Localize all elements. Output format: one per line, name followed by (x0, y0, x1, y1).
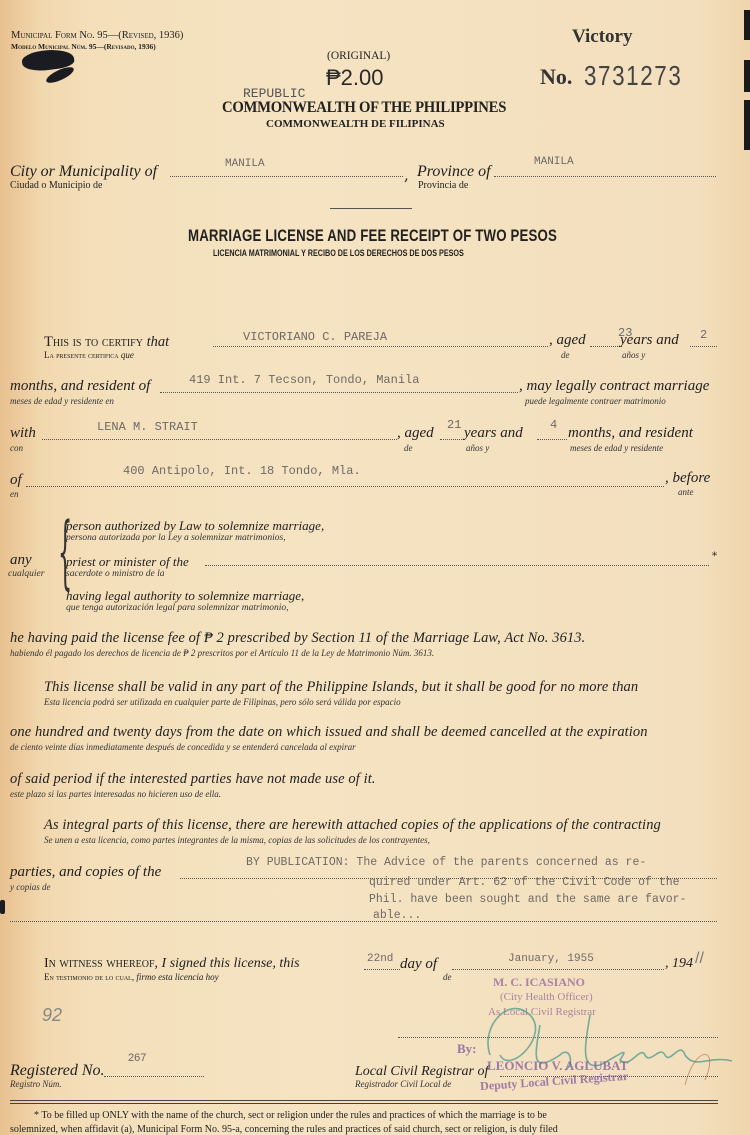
footer-divider (10, 1100, 718, 1101)
groom-address-line (160, 392, 518, 393)
footer-divider (10, 1103, 718, 1104)
age-line (590, 346, 622, 347)
months-resident-label: months, and resident of (10, 378, 150, 395)
province-field-line (494, 176, 716, 177)
local-civil-registrar-label-es: Registrador Civil Local de (355, 1079, 451, 1089)
bride-name[interactable]: LENA M. STRAIT (97, 420, 198, 434)
days-paragraph: one hundred and twenty days from the dat… (10, 724, 648, 741)
option-legal-authority-es: que tenga autorización legal para solemn… (66, 603, 288, 613)
city-label-es: Ciudad o Municipio de (10, 180, 103, 191)
bride-address-line (26, 486, 664, 487)
asterisk: * (712, 551, 717, 562)
document-title: MARRIAGE LICENSE AND FEE RECEIPT OF TWO … (188, 226, 557, 246)
months-resident-es: meses de edad y residente en (10, 396, 114, 406)
witness-label-es: En testimonio de lo cual, firmo esta lic… (44, 972, 219, 982)
groom-name-line (213, 346, 548, 347)
days-paragraph-es: de ciento veinte días inmediatamente des… (10, 742, 356, 752)
period-paragraph-es: este plazo si las partes interesadas no … (10, 789, 221, 799)
bride-years-and-label: years and (464, 425, 523, 442)
registered-no-value[interactable]: 267 (128, 1052, 146, 1064)
divider (330, 208, 412, 209)
groom-name[interactable]: VICTORIANO C. PAREJA (243, 330, 387, 344)
brand-victory: Victory (572, 26, 633, 48)
copies-value-line-1[interactable]: BY PUBLICATION: The Advice of the parent… (246, 856, 646, 869)
witness-month-year[interactable]: January, 1955 (508, 953, 594, 965)
option-authorized-person: person authorized by Law to solemnize ma… (66, 518, 324, 534)
option-priest-es: sacerdote o ministro de la (66, 569, 165, 579)
certify-label-es: La presente certifica que (44, 350, 134, 360)
city-label: City or Municipality of (10, 163, 157, 181)
copies-value-line-3[interactable]: Phil. have been sought and the same are … (369, 893, 686, 906)
contract-es: puede legalmente contraer matrimonio (525, 396, 666, 406)
groom-age-months[interactable]: 2 (700, 328, 707, 342)
copies-label-es: y copias de (10, 882, 51, 892)
comma: , (404, 166, 409, 184)
fee-paragraph-es: habiendo él pagado los derechos de licen… (10, 648, 434, 658)
before-label: , before (665, 470, 710, 487)
day-of-es: de (443, 972, 452, 982)
with-es: con (10, 443, 23, 453)
day-of-label: day of (400, 956, 437, 973)
scan-edge (744, 60, 750, 92)
months-line (690, 346, 717, 347)
serial-number: 3731273 (584, 60, 682, 92)
form-number-es: Modelo Municipal Núm. 95—(Revisado, 1936… (11, 42, 156, 51)
province-label-es: Provincia de (418, 180, 468, 191)
of-es: en (10, 489, 19, 499)
bride-age-line (440, 439, 464, 440)
bride-months-es: meses de edad y residente (570, 443, 663, 453)
bride-age-months[interactable]: 4 (550, 418, 557, 432)
before-es: ante (678, 487, 694, 497)
copies-label: parties, and copies of the (10, 864, 161, 881)
scan-edge (744, 10, 750, 40)
province-label: Province of (417, 163, 491, 181)
period-paragraph: of said period if the interested parties… (10, 771, 376, 788)
government-title: COMMONWEALTH OF THE PHILIPPINES (222, 99, 506, 117)
copy-type: (ORIGINAL) (327, 50, 390, 62)
groom-address[interactable]: 419 Int. 7 Tecson, Tondo, Manila (189, 373, 419, 387)
punch-mark (0, 900, 5, 914)
registered-no-label-es: Registro Núm. (10, 1079, 62, 1089)
aged-label: , aged (549, 332, 586, 349)
option-authorized-person-es: persona autorizada por la Ley a solemniz… (66, 533, 286, 543)
any-es: cualquier (8, 569, 44, 579)
copies-field-line-2 (10, 921, 717, 922)
contract-label: , may legally contract marriage (519, 378, 709, 395)
form-number: Municipal Form No. 95—(Revised, 1936) (11, 30, 183, 41)
bride-months-line (537, 439, 567, 440)
local-civil-registrar-label: Local Civil Registrar of (355, 1064, 488, 1080)
with-label: with (10, 425, 36, 442)
copies-value-line-2[interactable]: quired under Art. 62 of the Civil Code o… (369, 876, 680, 889)
province-value[interactable]: MANILA (534, 156, 574, 168)
fee-paragraph: he having paid the license fee of ₱ 2 pr… (10, 630, 585, 647)
aged-es: de (561, 350, 570, 360)
registered-no-label: Registered No. (10, 1062, 105, 1080)
bride-years-es: años y (466, 443, 489, 453)
day-line (364, 969, 400, 970)
bride-name-line (42, 439, 397, 440)
margin-note: 92 (42, 1005, 62, 1026)
bride-age-years[interactable]: 21 (447, 418, 461, 432)
bride-aged-label: , aged (397, 425, 434, 442)
year-strike-mark: // (695, 950, 704, 968)
copies-value-line-4[interactable]: able... (373, 909, 421, 922)
years-and-label: years and (620, 332, 679, 349)
witness-label: In witness whereof, I signed this licens… (44, 956, 300, 972)
serial-prefix: No. (540, 64, 572, 90)
city-field-line (170, 176, 403, 177)
witness-day[interactable]: 22nd (367, 953, 393, 965)
validity-paragraph-es: Esta licencia podrá ser utilizada en cua… (44, 697, 401, 707)
years-es: años y (622, 350, 645, 360)
option-priest: priest or minister of the (66, 554, 189, 570)
certify-label: This is to certify that (44, 334, 169, 351)
validity-paragraph: This license shall be valid in any part … (44, 679, 638, 696)
bride-aged-es: de (404, 443, 413, 453)
fee-amount: ₱2.00 (326, 65, 384, 91)
of-label: of (10, 472, 22, 489)
integral-paragraph-es: Se unen a esta licencia, como partes int… (44, 835, 430, 845)
month-year-line (452, 969, 664, 970)
bride-months-resident-label: months, and resident (568, 425, 693, 442)
registered-no-line (104, 1076, 204, 1077)
year-prefix: , 194 (665, 956, 693, 972)
document-title-es: LICENCIA MATRIMONIAL Y RECIBO DE LOS DER… (213, 248, 464, 258)
government-title-es: COMMONWEALTH DE FILIPINAS (266, 118, 445, 130)
integral-paragraph: As integral parts of this license, there… (44, 817, 661, 834)
option-legal-authority: having legal authority to solemnize marr… (66, 588, 304, 604)
footnote-line-2: solemnized, when affidavit (a), Municipa… (10, 1124, 558, 1135)
footnote-line-1: * To be filled up ONLY with the name of … (34, 1110, 547, 1121)
church-field-line[interactable] (205, 565, 709, 566)
city-value[interactable]: MANILA (225, 158, 265, 170)
any-label: any (10, 552, 32, 569)
scan-edge (744, 100, 750, 150)
bride-address[interactable]: 400 Antipolo, Int. 18 Tondo, Mla. (123, 464, 361, 478)
